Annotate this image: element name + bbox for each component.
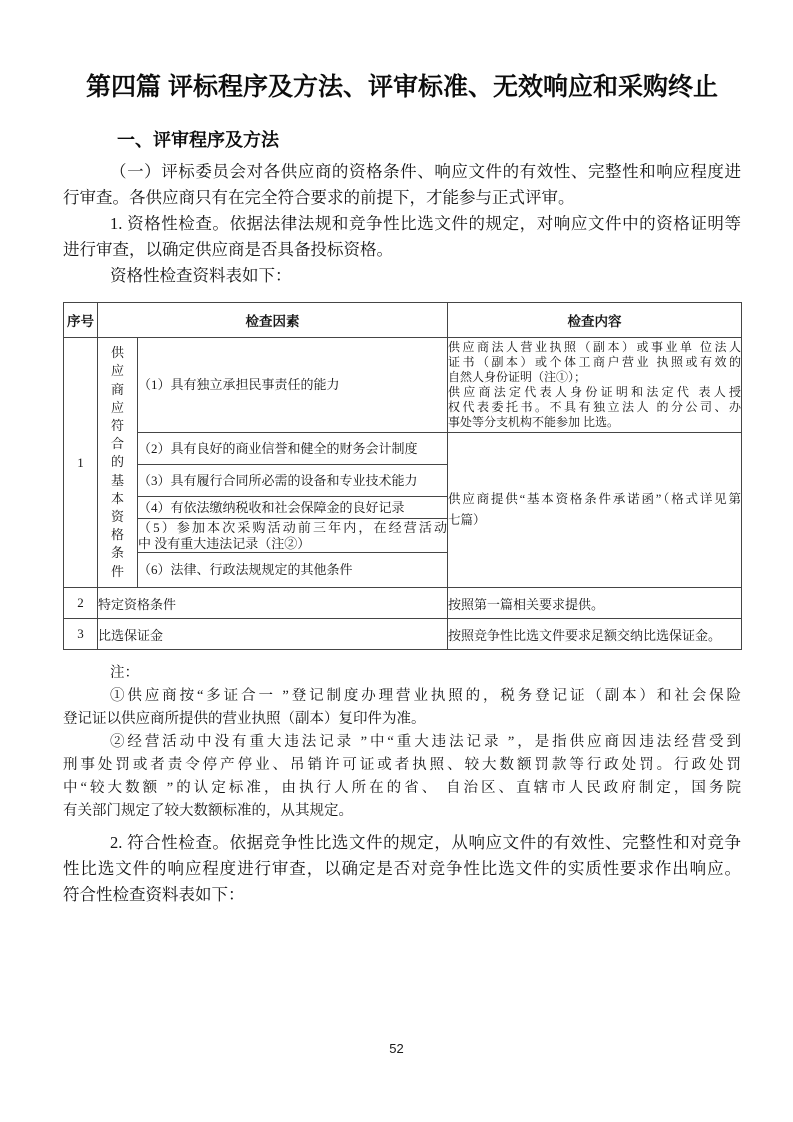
page-number: 52 bbox=[0, 1041, 793, 1056]
factor-cell-item2: （2）具有良好的商业信誉和健全的财务会计制度 bbox=[138, 433, 448, 465]
factor-cell-item5: （5）参加本次采购活动前三年内，在经营活动中 没有重大违法记录（注②） bbox=[138, 519, 448, 553]
table-header-row: 序号 检查因素 检查内容 bbox=[64, 303, 742, 338]
header-cell-factor: 检查因素 bbox=[98, 303, 448, 338]
note-2: ②经营活动中没有重大违法记录 ”中“重大违法记录 ”，是指供应商因违法经营受到刑… bbox=[63, 731, 741, 823]
notes-label: 注： bbox=[63, 662, 741, 685]
content-cell-specific-qualification: 按照第一篇相关要求提供。 bbox=[448, 588, 742, 619]
paragraph-conformity-check: 2. 符合性检查。依据竞争性比选文件的规定，从响应文件的有效性、完整性和对竞争性… bbox=[63, 830, 741, 908]
paragraph-review-committee: （一）评标委员会对各供应商的资格条件、响应文件的有效性、完整性和响应程度进行审查… bbox=[63, 159, 741, 211]
factor-cell-item3: （3）具有履行合同所必需的设备和专业技术能力 bbox=[138, 465, 448, 497]
content-cell-promise-letter: 供应商提供“基本资格条件承诺函”（格式详见第七篇） bbox=[448, 433, 742, 588]
paragraph-qual-table-intro: 资格性检查资料表如下： bbox=[63, 263, 741, 289]
document-page: 第四篇 评标程序及方法、评审标准、无效响应和采购终止 一、评审程序及方法 （一）… bbox=[0, 0, 793, 1122]
seq-cell-3: 3 bbox=[64, 619, 98, 650]
page-content: 第四篇 评标程序及方法、评审标准、无效响应和采购终止 一、评审程序及方法 （一）… bbox=[63, 0, 741, 908]
paragraph-qualification-check: 1. 资格性检查。依据法律法规和竞争性比选文件的规定，对响应文件中的资格证明等进… bbox=[63, 211, 741, 263]
factor-cell-bid-deposit: 比选保证金 bbox=[98, 619, 448, 650]
category-vertical-text: 供应商应符合的基本资格条件 bbox=[111, 344, 125, 581]
section-heading: 一、评审程序及方法 bbox=[63, 127, 741, 153]
qualification-table: 序号 检查因素 检查内容 1 供应商应符合的基本资格条件 （1）具有独立承担民事… bbox=[63, 302, 742, 650]
header-cell-no: 序号 bbox=[64, 303, 98, 338]
table-row-item1: 1 供应商应符合的基本资格条件 （1）具有独立承担民事责任的能力 供应商法人营业… bbox=[64, 338, 742, 433]
factor-cell-item4: （4）有依法缴纳税收和社会保障金的良好记录 bbox=[138, 497, 448, 519]
content-cell-item1: 供应商法人营业执照（副本）或事业单 位法人证书（副本）或个体工商户营业 执照或有… bbox=[448, 338, 742, 433]
factor-cell-item6: （6）法律、行政法规规定的其他条件 bbox=[138, 553, 448, 588]
category-cell: 供应商应符合的基本资格条件 bbox=[98, 338, 138, 588]
qualification-table-wrapper: 序号 检查因素 检查内容 1 供应商应符合的基本资格条件 （1）具有独立承担民事… bbox=[63, 302, 741, 650]
content-cell-bid-deposit: 按照竞争性比选文件要求足额交纳比选保证金。 bbox=[448, 619, 742, 650]
note-1: ①供应商按“多证合一 ”登记制度办理营业执照的，税务登记证（副本）和社会保险登记… bbox=[63, 685, 741, 731]
factor-cell-item1: （1）具有独立承担民事责任的能力 bbox=[138, 338, 448, 433]
notes-block: 注： ①供应商按“多证合一 ”登记制度办理营业执照的，税务登记证（副本）和社会保… bbox=[63, 662, 741, 823]
content-item1-paragraph1: 供应商法人营业执照（副本）或事业单 位法人证书（副本）或个体工商户营业 执照或有… bbox=[448, 340, 741, 385]
header-cell-content: 检查内容 bbox=[448, 303, 742, 338]
content-item1-paragraph2: 供应商法定代表人身份证明和法定代 表人授权代表委托书。不具有独立法人 的分公司、… bbox=[448, 385, 741, 430]
seq-cell-2: 2 bbox=[64, 588, 98, 619]
factor-cell-specific-qualification: 特定资格条件 bbox=[98, 588, 448, 619]
table-row-item2: （2）具有良好的商业信誉和健全的财务会计制度 供应商提供“基本资格条件承诺函”（… bbox=[64, 433, 742, 465]
table-row-specific-qualification: 2 特定资格条件 按照第一篇相关要求提供。 bbox=[64, 588, 742, 619]
document-title: 第四篇 评标程序及方法、评审标准、无效响应和采购终止 bbox=[63, 71, 741, 104]
seq-cell-1: 1 bbox=[64, 338, 98, 588]
table-row-bid-deposit: 3 比选保证金 按照竞争性比选文件要求足额交纳比选保证金。 bbox=[64, 619, 742, 650]
